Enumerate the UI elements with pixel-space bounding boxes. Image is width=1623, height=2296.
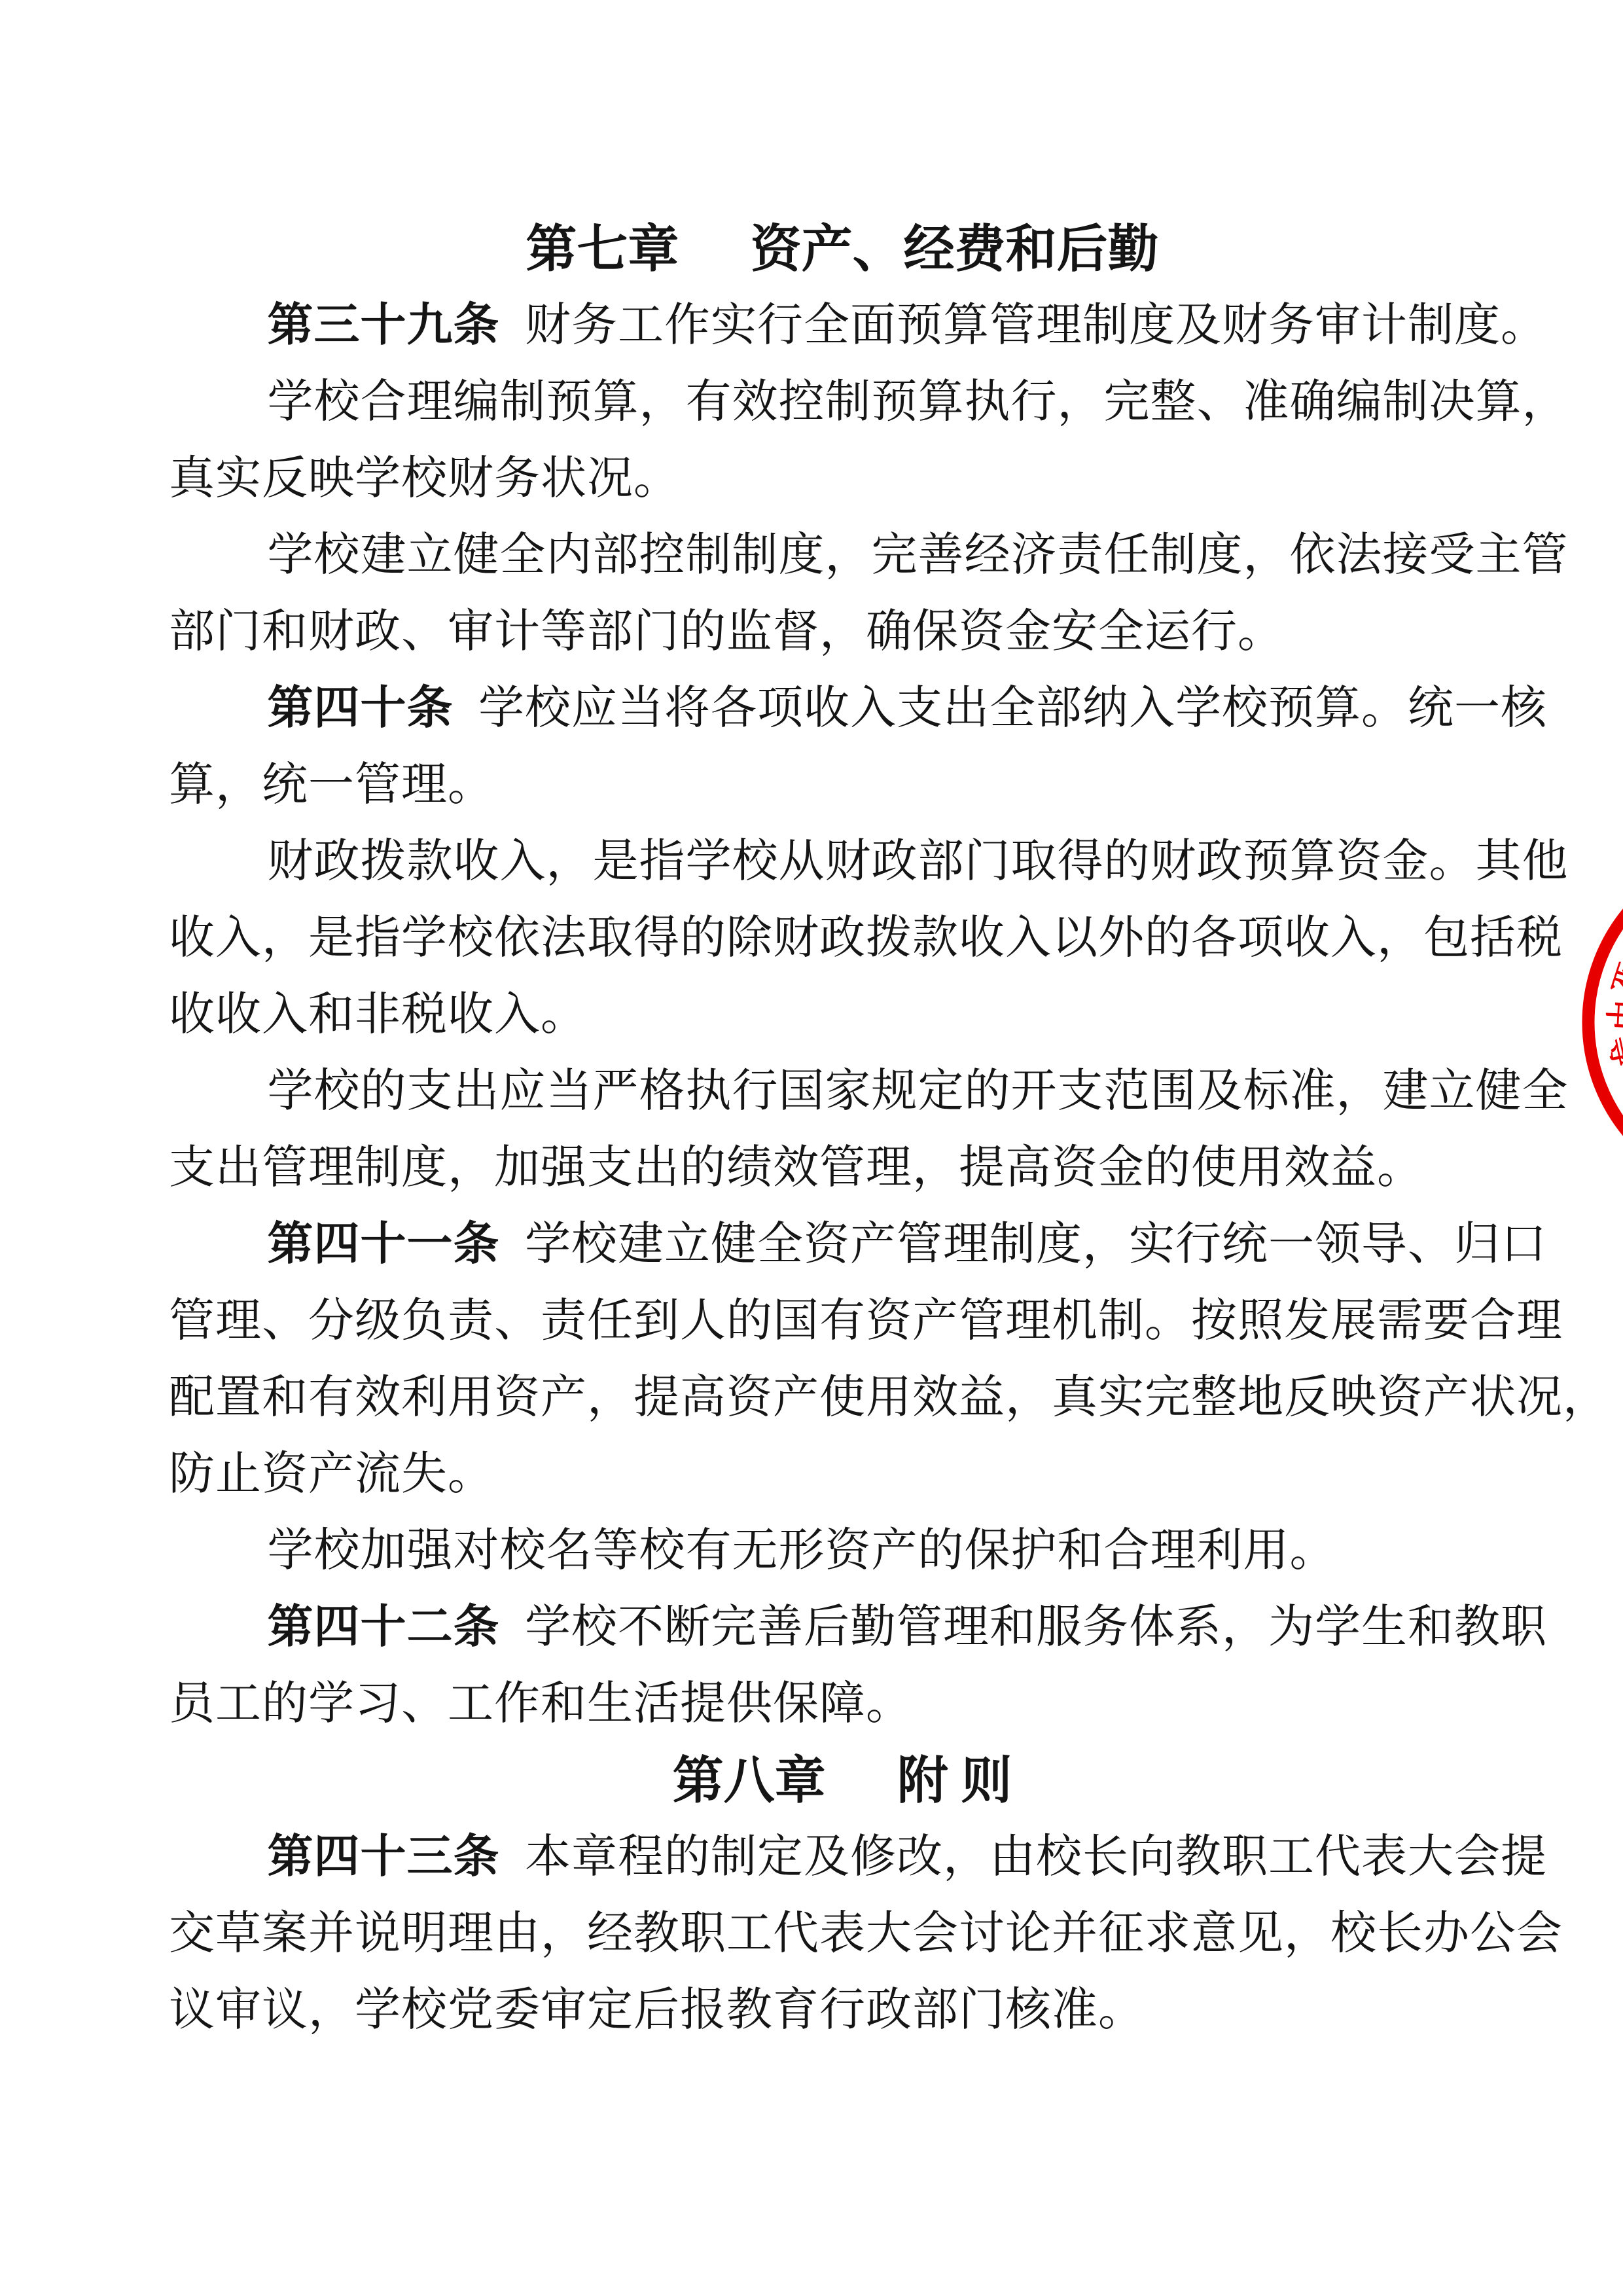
text-line: 第四十条学校应当将各项收入支出全部纳入学校预算。统一核 xyxy=(169,670,1516,747)
text-line: 防止资产流失。 xyxy=(169,1436,1516,1513)
line-text: 管理、分级负责、责任到人的国有资产管理机制。按照发展需要合理 xyxy=(169,1296,1563,1346)
line-text: 收入，是指学校依法取得的除财政拨款收入以外的各项收入，包括税 xyxy=(169,913,1563,963)
line-text: 学校建立健全内部控制制度，完善经济责任制度，依法接受主管 xyxy=(268,530,1569,581)
line-text: 学校建立健全资产管理制度，实行统一领导、归口 xyxy=(525,1219,1547,1270)
chapter-number: 第七章 xyxy=(526,221,679,278)
seal-glyph: 中 xyxy=(1601,999,1623,1031)
line-text: 本章程的制定及修改，由校长向教职工代表大会提 xyxy=(525,1832,1547,1882)
text-line: 财政拨款收入，是指学校从财政部门取得的财政预算资金。其他 xyxy=(169,823,1516,900)
text-line: 第四十二条学校不断完善后勤管理和服务体系，为学生和教职 xyxy=(169,1589,1516,1666)
line-text: 议审议，学校党委审定后报教育行政部门核准。 xyxy=(169,1985,1145,2036)
seal-glyph: 等 xyxy=(1602,1033,1623,1070)
text-line: 第四十一条学校建立健全资产管理制度，实行统一领导、归口 xyxy=(169,1206,1516,1283)
line-text: 收收入和非税收入。 xyxy=(169,990,587,1040)
text-line: 真实反映学校财务状况。 xyxy=(169,440,1516,517)
seal-glyph: 专 xyxy=(1613,1067,1623,1110)
article-number: 第四十三条 xyxy=(268,1832,500,1882)
seal-graphic: 学院业中等专校 xyxy=(1573,898,1623,1160)
article-number: 第四十条 xyxy=(268,683,454,734)
article-number: 第四十一条 xyxy=(268,1219,500,1270)
document-page: 第七章资产、经费和后勤第三十九条财务工作实行全面预算管理制度及财务审计制度。学校… xyxy=(0,0,1623,2296)
chapter-number: 第八章 xyxy=(673,1752,826,1809)
line-text: 学校应当将各项收入支出全部纳入学校预算。统一核 xyxy=(478,683,1547,734)
text-line: 收收入和非税收入。 xyxy=(169,977,1516,1053)
document-body: 第七章资产、经费和后勤第三十九条财务工作实行全面预算管理制度及财务审计制度。学校… xyxy=(169,211,1516,2049)
text-line: 学校加强对校名等校有无形资产的保护和合理利用。 xyxy=(169,1513,1516,1589)
text-line: 交草案并说明理由，经教职工代表大会讨论并征求意见，校长办公会 xyxy=(169,1895,1516,1972)
seal-text: 学院业中等专校 xyxy=(1601,898,1623,1143)
text-line: 算，统一管理。 xyxy=(169,747,1516,823)
text-line: 管理、分级负责、责任到人的国有资产管理机制。按照发展需要合理 xyxy=(169,1283,1516,1359)
text-line: 支出管理制度，加强支出的绩效管理，提高资金的使用效益。 xyxy=(169,1130,1516,1206)
text-line: 第三十九条财务工作实行全面预算管理制度及财务审计制度。 xyxy=(169,287,1516,364)
text-line: 议审议，学校党委审定后报教育行政部门核准。 xyxy=(169,1972,1516,2049)
chapter-heading: 第七章资产、经费和后勤 xyxy=(169,211,1516,287)
line-text: 学校的支出应当严格执行国家规定的开支范围及标准，建立健全 xyxy=(268,1066,1569,1117)
seal-ring xyxy=(1588,898,1623,1160)
seal-glyph: 业 xyxy=(1605,959,1623,998)
text-line: 学校建立健全内部控制制度，完善经济责任制度，依法接受主管 xyxy=(169,517,1516,594)
line-text: 交草案并说明理由，经教职工代表大会讨论并征求意见，校长办公会 xyxy=(169,1909,1563,1959)
line-text: 部门和财政、审计等部门的监督，确保资金安全运行。 xyxy=(169,607,1284,657)
text-line: 配置和有效利用资产，提高资产使用效益，真实完整地反映资产状况， xyxy=(169,1359,1516,1436)
line-text: 财政拨款收入，是指学校从财政部门取得的财政预算资金。其他 xyxy=(268,836,1569,887)
line-text: 防止资产流失。 xyxy=(169,1449,494,1499)
article-number: 第四十二条 xyxy=(268,1602,500,1653)
line-text: 学校不断完善后勤管理和服务体系，为学生和教职 xyxy=(525,1602,1547,1653)
text-line: 学校合理编制预算，有效控制预算执行，完整、准确编制决算， xyxy=(169,364,1516,440)
text-line: 收入，是指学校依法取得的除财政拨款收入以外的各项收入，包括税 xyxy=(169,900,1516,977)
line-text: 真实反映学校财务状况。 xyxy=(169,454,680,504)
text-line: 部门和财政、审计等部门的监督，确保资金安全运行。 xyxy=(169,594,1516,670)
chapter-title: 附 则 xyxy=(897,1752,1012,1809)
line-text: 学校加强对校名等校有无形资产的保护和合理利用。 xyxy=(268,1526,1336,1576)
line-text: 配置和有效利用资产，提高资产使用效益，真实完整地反映资产状况， xyxy=(169,1372,1609,1423)
line-text: 员工的学习、工作和生活提供保障。 xyxy=(169,1679,912,1729)
chapter-title: 资产、经费和后勤 xyxy=(751,221,1159,278)
line-text: 支出管理制度，加强支出的绩效管理，提高资金的使用效益。 xyxy=(169,1143,1423,1193)
line-text: 学校合理编制预算，有效控制预算执行，完整、准确编制决算， xyxy=(268,377,1569,427)
text-line: 学校的支出应当严格执行国家规定的开支范围及标准，建立健全 xyxy=(169,1053,1516,1130)
text-line: 第四十三条本章程的制定及修改，由校长向教职工代表大会提 xyxy=(169,1819,1516,1895)
chapter-heading: 第八章附 则 xyxy=(169,1742,1516,1819)
article-number: 第三十九条 xyxy=(268,300,500,351)
line-text: 财务工作实行全面预算管理制度及财务审计制度。 xyxy=(525,300,1547,351)
text-line: 员工的学习、工作和生活提供保障。 xyxy=(169,1666,1516,1742)
line-text: 算，统一管理。 xyxy=(169,760,494,810)
official-seal: 学院业中等专校 xyxy=(1573,898,1623,1160)
